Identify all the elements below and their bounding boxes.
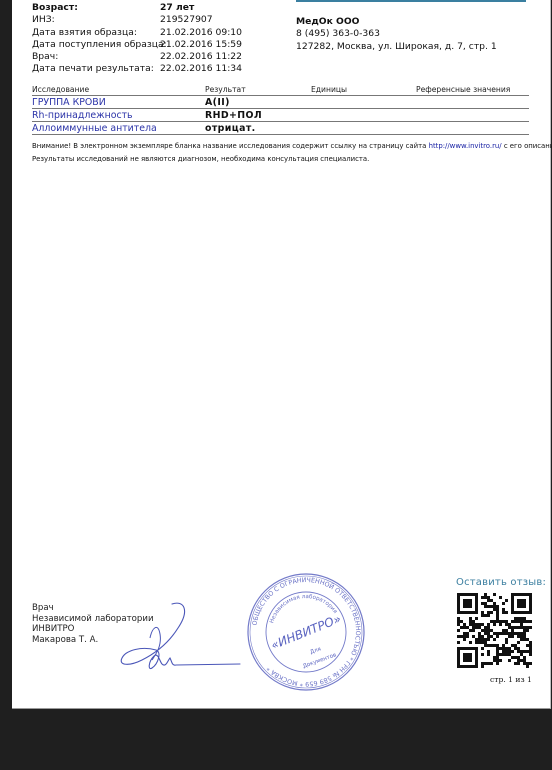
attention-note: Внимание! В электронном экземпляре бланк… <box>32 142 552 150</box>
table-row: Rh-принадлежность RHD+ПОЛ <box>32 109 529 122</box>
organization-address: 127282, Москва, ул. Широкая, д. 7, стр. … <box>296 41 497 53</box>
attention-suffix: с его описанием <box>504 142 552 150</box>
page-number: стр. 1 из 1 <box>490 675 532 684</box>
table-row: ГРУППА КРОВИ A(II) <box>32 96 529 109</box>
test-name-link[interactable]: Rh-принадлежность <box>32 110 133 121</box>
sample-taken-label: Дата взятия образца: <box>32 27 160 39</box>
review-label[interactable]: Оставить отзыв: <box>456 577 546 588</box>
patient-info: Возраст:27 лет ИНЗ:219527907 Дата взятия… <box>32 2 242 76</box>
attention-text: Внимание! В электронном экземпляре бланк… <box>32 142 426 150</box>
test-result: RHD+ПОЛ <box>205 110 262 121</box>
stamp-icon: ОБЩЕСТВО С ОГРАНИЧЕННОЙ ОТВЕТСТВЕННОСТЬЮ… <box>246 572 366 692</box>
sample-received-value: 21.02.2016 15:59 <box>160 39 242 51</box>
header-reference: Референсные значения <box>416 85 510 94</box>
inz-value: 219527907 <box>160 14 213 26</box>
age-label: Возраст: <box>32 2 160 14</box>
print-date-row: Дата печати результата:22.02.2016 11:34 <box>32 63 242 75</box>
header-units: Единицы <box>311 85 347 94</box>
qr-code-icon[interactable] <box>457 593 532 668</box>
sample-received-row: Дата поступления образца:21.02.2016 15:5… <box>32 39 242 51</box>
inz-row: ИНЗ:219527907 <box>32 14 242 26</box>
organization-phone: 8 (495) 363-0-363 <box>296 28 497 40</box>
stamp-inner-bottom-2: Документов <box>302 652 337 670</box>
results-table: Исследование Результат Единицы Референсн… <box>32 85 529 135</box>
test-result: A(II) <box>205 97 230 108</box>
organization-info: МедОк ООО 8 (495) 363-0-363 127282, Моск… <box>296 16 497 53</box>
test-name-link[interactable]: ГРУППА КРОВИ <box>32 97 106 108</box>
header-result: Результат <box>205 85 246 94</box>
organization-name: МедОк ООО <box>296 16 497 28</box>
stamp-inner-bottom-1: Для <box>309 646 322 655</box>
sample-taken-value: 21.02.2016 09:10 <box>160 27 242 39</box>
doctor-row: Врач:22.02.2016 11:22 <box>32 51 242 63</box>
table-row: Аллоиммунные антитела отрицат. <box>32 122 529 135</box>
signature-icon <box>112 598 242 678</box>
header-accent-line <box>296 0 526 2</box>
inz-label: ИНЗ: <box>32 14 160 26</box>
print-date-label: Дата печати результата: <box>32 63 160 75</box>
print-date-value: 22.02.2016 11:34 <box>160 63 242 75</box>
invitro-link[interactable]: http://www.invitro.ru/ <box>429 142 502 150</box>
doctor-label: Врач: <box>32 51 160 63</box>
age-row: Возраст:27 лет <box>32 2 242 14</box>
disclaimer-note: Результаты исследований не являются диаг… <box>32 155 369 163</box>
stamp-center-text: «ИНВИТРО» <box>269 612 343 653</box>
sample-taken-row: Дата взятия образца:21.02.2016 09:10 <box>32 27 242 39</box>
sample-received-label: Дата поступления образца: <box>32 39 160 51</box>
test-name-link[interactable]: Аллоиммунные антитела <box>32 123 157 134</box>
doctor-value: 22.02.2016 11:22 <box>160 51 242 63</box>
test-result: отрицат. <box>205 123 256 134</box>
results-table-header: Исследование Результат Единицы Референсн… <box>32 85 529 96</box>
document-page: Возраст:27 лет ИНЗ:219527907 Дата взятия… <box>12 0 551 709</box>
age-value: 27 лет <box>160 2 194 14</box>
header-test: Исследование <box>32 85 89 94</box>
